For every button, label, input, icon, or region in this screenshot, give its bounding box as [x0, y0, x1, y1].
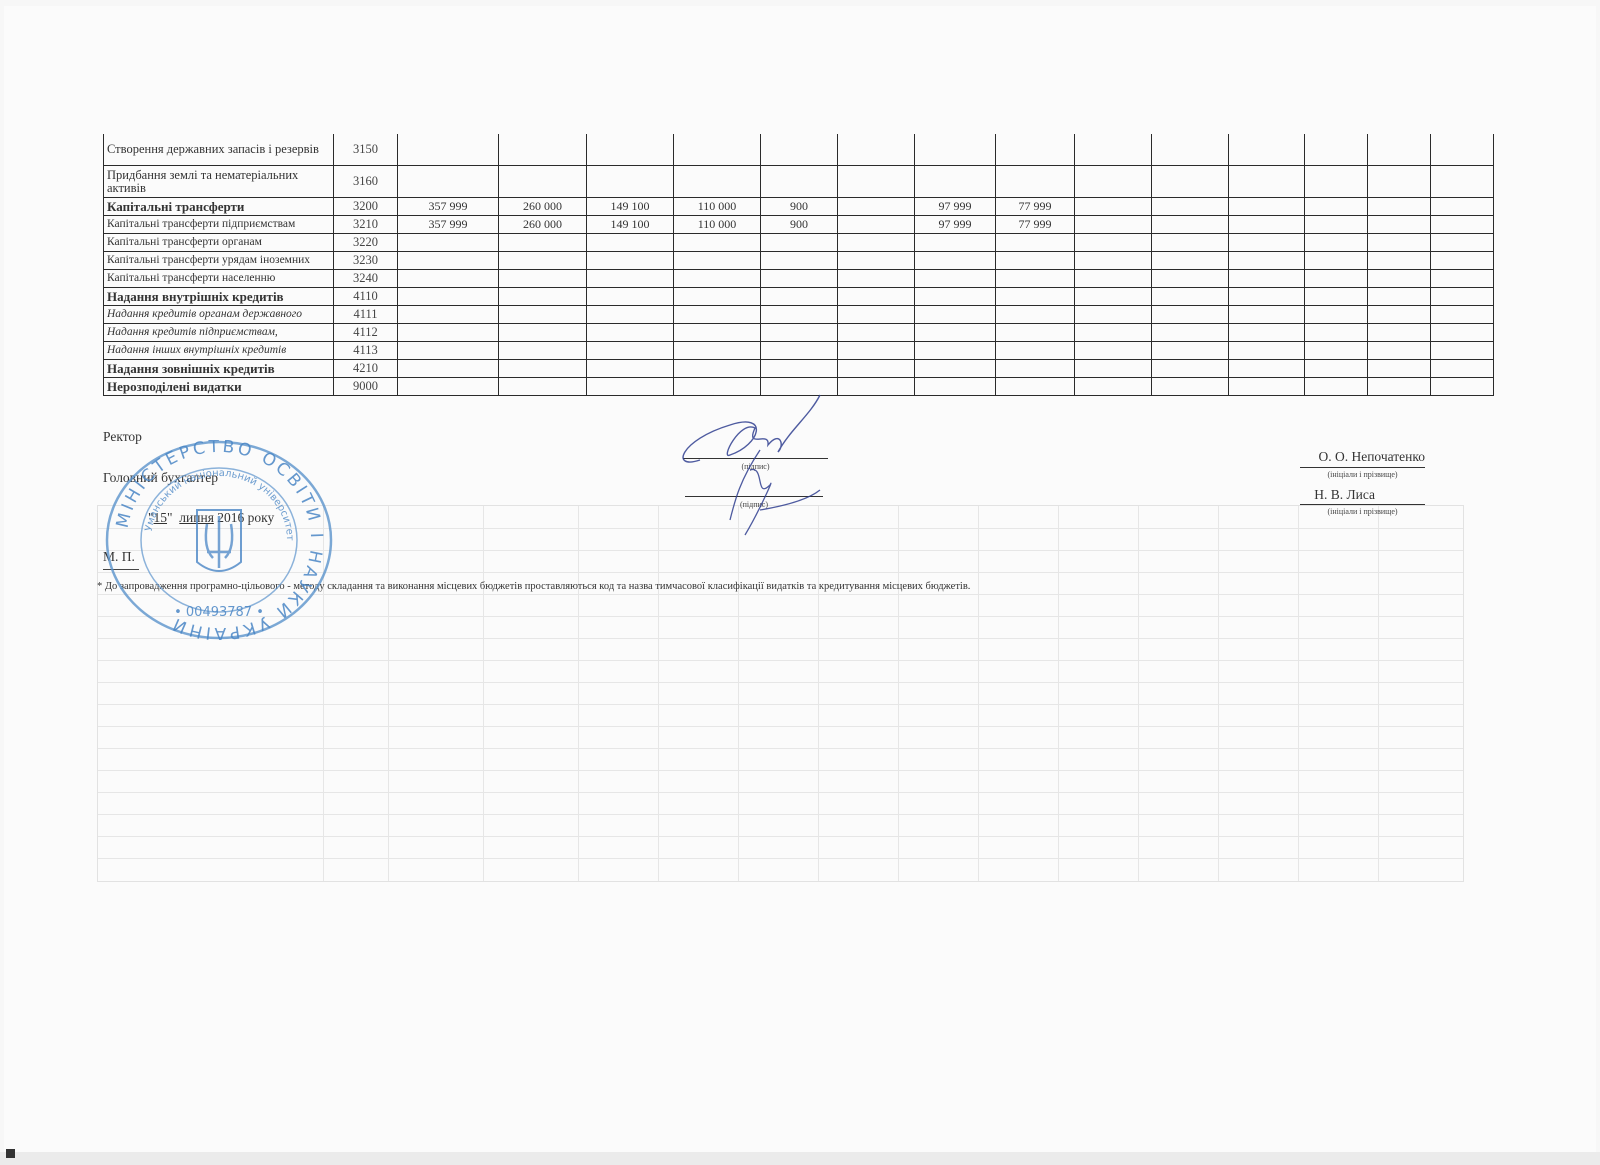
value-cell [761, 270, 838, 288]
value-cell: 110 000 [674, 216, 761, 234]
value-cell [499, 306, 587, 324]
value-cell [996, 342, 1075, 360]
bleed-through-line [1378, 506, 1379, 881]
value-cell [1431, 252, 1494, 270]
official-stamp-icon: МІНІСТЕРСТВО ОСВІТИ І НАУКИ УКРАЇНИ Уман… [103, 440, 335, 640]
bleed-through-line [98, 704, 1463, 705]
table-row: Надання внутрішніх кредитів4110 [104, 288, 1494, 306]
value-cell: 97 999 [915, 198, 996, 216]
value-cell [1305, 216, 1368, 234]
value-cell [761, 252, 838, 270]
table-row: Капітальні трансферти населенню3240 [104, 270, 1494, 288]
value-cell: 110 000 [674, 198, 761, 216]
value-cell [1368, 360, 1431, 378]
value-cell [1305, 234, 1368, 252]
scan-bottom-edge [0, 1152, 1600, 1165]
value-cell [499, 134, 587, 166]
accountant-name-line [1300, 504, 1425, 505]
value-cell [1152, 134, 1229, 166]
value-cell [838, 270, 915, 288]
value-cell [915, 270, 996, 288]
row-label: Надання внутрішніх кредитів [104, 288, 334, 306]
row-label: Капітальні трансферти підприємствам [104, 216, 334, 234]
value-cell [761, 134, 838, 166]
table-row: Надання кредитів органам державного4111 [104, 306, 1494, 324]
rector-name-hint: (ініціали і прізвище) [1300, 470, 1425, 479]
value-cell [1229, 378, 1305, 396]
value-cell [1431, 360, 1494, 378]
bleed-through-line [483, 506, 484, 881]
value-cell [398, 378, 499, 396]
table-row: Капітальні трансферти органам3220 [104, 234, 1494, 252]
value-cell [761, 342, 838, 360]
value-cell [674, 306, 761, 324]
value-cell [674, 324, 761, 342]
value-cell [1229, 306, 1305, 324]
value-cell [674, 342, 761, 360]
bleed-through-line [818, 506, 819, 881]
bleed-through-line [1298, 506, 1299, 881]
value-cell [587, 342, 674, 360]
value-cell [674, 288, 761, 306]
value-cell [761, 360, 838, 378]
value-cell [761, 234, 838, 252]
value-cell [1305, 342, 1368, 360]
value-cell [915, 324, 996, 342]
value-cell [1075, 216, 1152, 234]
value-cell [1229, 252, 1305, 270]
value-cell [996, 134, 1075, 166]
value-cell [996, 252, 1075, 270]
value-cell [1431, 166, 1494, 198]
value-cell [1152, 216, 1229, 234]
table-row: Капітальні трансферти підприємствам32103… [104, 216, 1494, 234]
value-cell [915, 134, 996, 166]
value-cell [838, 216, 915, 234]
bleed-through-line [98, 748, 1463, 749]
accountant-name-hint: (ініціали і прізвище) [1300, 507, 1425, 516]
value-cell [1152, 252, 1229, 270]
value-cell [1229, 324, 1305, 342]
rector-name-line [1300, 467, 1425, 468]
value-cell [1152, 234, 1229, 252]
value-cell [761, 324, 838, 342]
value-cell [1368, 216, 1431, 234]
value-cell [1152, 166, 1229, 198]
value-cell [996, 324, 1075, 342]
value-cell [1075, 324, 1152, 342]
value-cell [674, 166, 761, 198]
value-cell [1075, 360, 1152, 378]
scan-corner-mark [6, 1149, 15, 1158]
value-cell [1152, 324, 1229, 342]
value-cell [1075, 342, 1152, 360]
value-cell: 357 999 [398, 198, 499, 216]
value-cell [1431, 134, 1494, 166]
value-cell [499, 166, 587, 198]
value-cell [1368, 234, 1431, 252]
value-cell [1368, 134, 1431, 166]
value-cell [398, 306, 499, 324]
value-cell [499, 360, 587, 378]
value-cell [838, 252, 915, 270]
value-cell [1229, 234, 1305, 252]
value-cell [1229, 360, 1305, 378]
bleed-through-line [98, 726, 1463, 727]
value-cell [838, 360, 915, 378]
value-cell [1305, 166, 1368, 198]
value-cell [398, 234, 499, 252]
value-cell [587, 252, 674, 270]
row-label: Капітальні трансферти населенню [104, 270, 334, 288]
value-cell [1229, 198, 1305, 216]
value-cell [499, 324, 587, 342]
bleed-through-line [1138, 506, 1139, 881]
row-code: 4113 [334, 342, 398, 360]
row-label: Створення державних запасів і резервів [104, 134, 334, 166]
value-cell [996, 166, 1075, 198]
value-cell [1152, 342, 1229, 360]
svg-text:• 00493787 •: • 00493787 • [174, 605, 264, 620]
value-cell [1368, 198, 1431, 216]
value-cell [398, 134, 499, 166]
row-code: 3230 [334, 252, 398, 270]
value-cell: 260 000 [499, 198, 587, 216]
value-cell [915, 360, 996, 378]
row-label: Капітальні трансферти органам [104, 234, 334, 252]
value-cell [499, 234, 587, 252]
value-cell [1152, 360, 1229, 378]
handwritten-signature-icon [660, 390, 860, 540]
value-cell: 77 999 [996, 198, 1075, 216]
value-cell [398, 270, 499, 288]
value-cell [587, 324, 674, 342]
value-cell [761, 166, 838, 198]
row-label: Надання кредитів органам державного [104, 306, 334, 324]
value-cell [1368, 166, 1431, 198]
value-cell [996, 306, 1075, 324]
value-cell [996, 234, 1075, 252]
value-cell [499, 288, 587, 306]
accountant-name: Н. В. Лиса [1250, 487, 1375, 503]
table-row: Капітальні трансферти урядам іноземних32… [104, 252, 1494, 270]
value-cell [1368, 252, 1431, 270]
value-cell: 900 [761, 216, 838, 234]
value-cell [915, 288, 996, 306]
value-cell [1431, 324, 1494, 342]
bleed-through-line [98, 858, 1463, 859]
value-cell [915, 342, 996, 360]
value-cell [915, 234, 996, 252]
value-cell [587, 360, 674, 378]
value-cell [587, 166, 674, 198]
row-code: 9000 [334, 378, 398, 396]
value-cell [587, 270, 674, 288]
value-cell [996, 288, 1075, 306]
value-cell [587, 306, 674, 324]
value-cell [398, 360, 499, 378]
value-cell [838, 342, 915, 360]
bleed-through-line [898, 506, 899, 881]
bleed-through-line [98, 836, 1463, 837]
row-label: Капітальні трансферти урядам іноземних [104, 252, 334, 270]
value-cell [674, 234, 761, 252]
value-cell: 149 100 [587, 198, 674, 216]
value-cell [996, 378, 1075, 396]
value-cell [838, 166, 915, 198]
value-cell [1229, 166, 1305, 198]
bleed-through-line [978, 506, 979, 881]
value-cell [838, 324, 915, 342]
value-cell [1305, 360, 1368, 378]
value-cell [915, 166, 996, 198]
value-cell [838, 134, 915, 166]
value-cell [1431, 342, 1494, 360]
value-cell [1229, 270, 1305, 288]
value-cell [398, 252, 499, 270]
value-cell [915, 306, 996, 324]
row-code: 3220 [334, 234, 398, 252]
value-cell [1305, 288, 1368, 306]
row-code: 3210 [334, 216, 398, 234]
value-cell [1305, 306, 1368, 324]
value-cell [838, 306, 915, 324]
row-code: 3160 [334, 166, 398, 198]
value-cell [1305, 134, 1368, 166]
row-label: Надання інших внутрішніх кредитів [104, 342, 334, 360]
bleed-through-line [1058, 506, 1059, 881]
value-cell [587, 234, 674, 252]
row-label: Придбання землі та нематеріальних активі… [104, 166, 334, 198]
value-cell [499, 342, 587, 360]
value-cell [1305, 252, 1368, 270]
value-cell [587, 288, 674, 306]
row-code: 4111 [334, 306, 398, 324]
value-cell [1431, 306, 1494, 324]
value-cell [838, 234, 915, 252]
value-cell [674, 360, 761, 378]
value-cell [1075, 166, 1152, 198]
value-cell [1229, 134, 1305, 166]
table-row: Капітальні трансферти3200357 999260 0001… [104, 198, 1494, 216]
row-label: Надання кредитів підприємствам, [104, 324, 334, 342]
row-code: 3240 [334, 270, 398, 288]
bleed-through-line [1218, 506, 1219, 881]
bleed-through-line [98, 770, 1463, 771]
value-cell [915, 252, 996, 270]
table-row: Створення державних запасів і резервів31… [104, 134, 1494, 166]
value-cell [1305, 378, 1368, 396]
value-cell [838, 288, 915, 306]
value-cell [1075, 134, 1152, 166]
value-cell [587, 134, 674, 166]
row-code: 3150 [334, 134, 398, 166]
bleed-through-line [98, 660, 1463, 661]
table-row: Надання зовнішніх кредитів4210 [104, 360, 1494, 378]
value-cell [398, 288, 499, 306]
bleed-through-line [578, 506, 579, 881]
value-cell [499, 270, 587, 288]
value-cell [1075, 270, 1152, 288]
table-row: Придбання землі та нематеріальних активі… [104, 166, 1494, 198]
value-cell [398, 342, 499, 360]
row-label: Нерозподілені видатки [104, 378, 334, 396]
row-code: 4210 [334, 360, 398, 378]
value-cell [1368, 342, 1431, 360]
value-cell [761, 306, 838, 324]
value-cell [1305, 270, 1368, 288]
bleed-through-line [738, 506, 739, 881]
value-cell [1075, 306, 1152, 324]
value-cell [1152, 270, 1229, 288]
value-cell [1075, 198, 1152, 216]
value-cell [674, 270, 761, 288]
row-code: 4112 [334, 324, 398, 342]
value-cell [1305, 198, 1368, 216]
value-cell [1431, 270, 1494, 288]
bleed-through-line [658, 506, 659, 881]
value-cell: 900 [761, 198, 838, 216]
value-cell [1305, 324, 1368, 342]
value-cell [1368, 306, 1431, 324]
value-cell [499, 378, 587, 396]
value-cell [1229, 288, 1305, 306]
row-label: Надання зовнішніх кредитів [104, 360, 334, 378]
value-cell [1431, 216, 1494, 234]
rector-name: О. О. Непочатенко [1250, 449, 1425, 465]
value-cell [674, 252, 761, 270]
value-cell [1229, 342, 1305, 360]
value-cell: 149 100 [587, 216, 674, 234]
value-cell [398, 166, 499, 198]
value-cell: 97 999 [915, 216, 996, 234]
table-row: Надання кредитів підприємствам,4112 [104, 324, 1494, 342]
value-cell [915, 378, 996, 396]
value-cell [1368, 288, 1431, 306]
value-cell [1229, 216, 1305, 234]
row-label: Капітальні трансферти [104, 198, 334, 216]
value-cell [1431, 234, 1494, 252]
value-cell [1075, 234, 1152, 252]
value-cell: 357 999 [398, 216, 499, 234]
value-cell [996, 270, 1075, 288]
value-cell [1431, 288, 1494, 306]
bleed-through-line [98, 682, 1463, 683]
value-cell [1152, 378, 1229, 396]
bleed-through-line [98, 814, 1463, 815]
value-cell [1075, 252, 1152, 270]
value-cell [499, 252, 587, 270]
value-cell [1368, 270, 1431, 288]
value-cell [674, 134, 761, 166]
value-cell [1152, 306, 1229, 324]
value-cell [1152, 198, 1229, 216]
value-cell [1075, 378, 1152, 396]
value-cell [996, 360, 1075, 378]
expenditure-table: Створення державних запасів і резервів31… [103, 134, 1494, 396]
value-cell [1152, 288, 1229, 306]
value-cell [1431, 198, 1494, 216]
value-cell: 77 999 [996, 216, 1075, 234]
row-code: 3200 [334, 198, 398, 216]
value-cell [1075, 288, 1152, 306]
bleed-through-line [388, 506, 389, 881]
value-cell [1368, 378, 1431, 396]
value-cell: 260 000 [499, 216, 587, 234]
bleed-through-line [98, 792, 1463, 793]
value-cell [1368, 324, 1431, 342]
table-row: Надання інших внутрішніх кредитів4113 [104, 342, 1494, 360]
value-cell [761, 288, 838, 306]
value-cell [398, 324, 499, 342]
value-cell [1431, 378, 1494, 396]
row-code: 4110 [334, 288, 398, 306]
value-cell [838, 198, 915, 216]
